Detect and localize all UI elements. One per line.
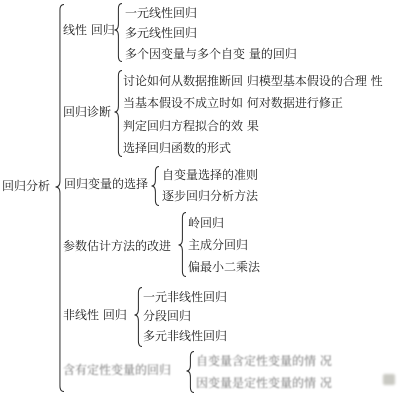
brace-nonlinear-regression: [134, 287, 142, 347]
leaf-fit-evaluation: 判定回归方程拟合的效 果: [123, 120, 259, 133]
leaf-univariate-nonlinear: 一元非线性回归: [143, 291, 227, 304]
watermark-smudge: [383, 374, 395, 385]
mindmap-canvas: 回归分析 线性 回归 一元线性回归 多元线性回归 多个因变量与多个自变 量的回归…: [0, 0, 403, 397]
branch-label-qualitative-variables: 含有定性变量的回归: [63, 364, 171, 377]
leaf-multivariate-linear: 多元线性回归: [125, 27, 197, 40]
leaf-univariate-linear: 一元线性回归: [125, 7, 197, 20]
branch-label-regression-diagnostics: 回归诊断: [63, 106, 111, 119]
leaf-partial-least-squares: 偏最小二乘法: [188, 261, 260, 274]
leaf-ridge-regression: 岭回归: [188, 217, 224, 230]
leaf-assumption-inference: 讨论如何从数据推断回 归模型基本假设的合理 性: [123, 75, 383, 88]
leaf-function-form: 选择回归函数的形式: [123, 142, 231, 155]
leaf-principal-component: 主成分回归: [188, 239, 248, 252]
leaf-data-correction: 当基本假设不成立时如 何对数据进行修正: [123, 97, 343, 110]
leaf-stepwise-regression: 逐步回归分析方法: [162, 190, 258, 203]
branch-label-variable-selection: 回归变量的选择: [64, 178, 148, 191]
leaf-qualitative-dependent: 因变量是定性变量的情 况: [196, 377, 332, 390]
branch-label-parameter-estimation: 参数估计方法的改进: [63, 240, 171, 253]
root-brace: [55, 4, 64, 392]
brace-regression-diagnostics: [114, 70, 122, 157]
brace-parameter-estimation: [178, 212, 186, 277]
leaf-multi-dependent-independent: 多个因变量与多个自变 量的回归: [125, 48, 297, 61]
root-node-label: 回归分析: [2, 180, 50, 193]
leaf-multivariate-nonlinear: 多元非线性回归: [143, 330, 227, 343]
leaf-variable-selection-criteria: 自变量选择的准则: [162, 169, 258, 182]
leaf-piecewise-regression: 分段回归: [143, 310, 191, 323]
brace-variable-selection: [151, 166, 159, 206]
brace-qualitative-variables: [186, 351, 194, 393]
brace-linear-regression: [114, 3, 122, 62]
leaf-qualitative-independent: 自变量含定性变量的情 况: [196, 355, 332, 368]
branch-label-linear-regression: 线性 回归: [63, 24, 115, 37]
branch-label-nonlinear-regression: 非线性 回归: [63, 309, 127, 322]
